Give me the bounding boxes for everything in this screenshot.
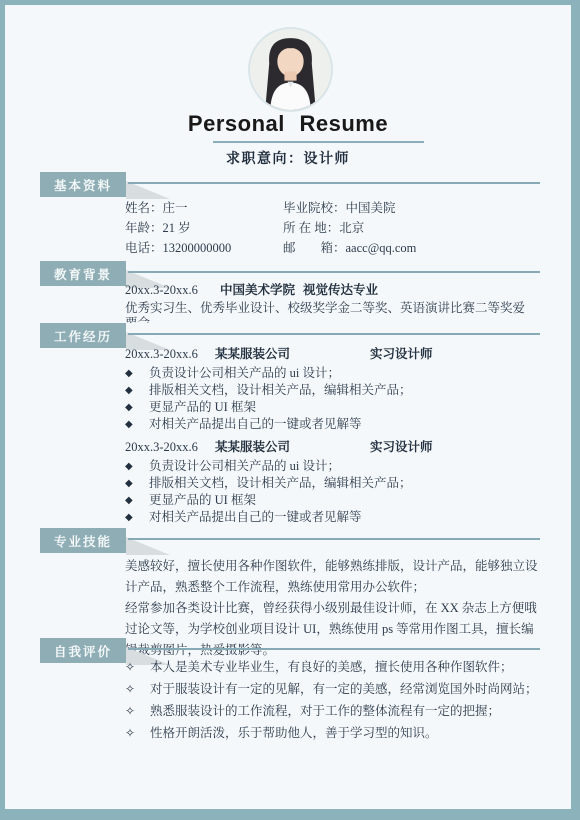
evaluation-bullet-text: 性格开朗活泼，乐于帮助他人，善于学习型的知识。: [150, 726, 438, 740]
evaluation-bullet-text: 本人是美术专业毕业生，有良好的美感，擅长使用各种作图软件；: [150, 660, 513, 674]
diamond-bullet-icon: ◆: [125, 365, 149, 382]
job-date: 20xx.3-20xx.6: [125, 347, 198, 361]
job-bullet-text: 更显产品的 UI 框架: [149, 400, 256, 414]
section-label-text: 基本资料: [54, 176, 112, 194]
section-divider: [128, 333, 540, 335]
section-divider: [128, 182, 540, 184]
education-date: 20xx.3-20xx.6: [125, 283, 198, 297]
section-label-education: 教育背景: [40, 261, 126, 286]
info-row-name: 姓名：庄一: [125, 198, 231, 218]
job-bullet: ◆负责设计公司相关产品的 ui 设计；: [125, 458, 545, 475]
job-entry-1: 20xx.3-20xx.6 某某服装公司 实习设计师 ◆负责设计公司相关产品的 …: [125, 346, 545, 433]
job-bullet: ◆更显产品的 UI 框架: [125, 492, 545, 509]
diamond-bullet-icon: ◆: [125, 416, 149, 433]
job-heading: 20xx.3-20xx.6 某某服装公司 实习设计师: [125, 346, 545, 362]
info-row-phone: 电话：13200000000: [125, 238, 231, 258]
info-row-age: 年龄：21 岁: [125, 218, 231, 238]
evaluation-bullet: ✧熟悉服装设计的工作流程，对于工作的整体流程有一定的把握；: [125, 704, 538, 719]
section-label-text: 工作经历: [54, 327, 112, 345]
diamond-bullet-icon: ◆: [125, 492, 149, 509]
star-bullet-icon: ✧: [125, 704, 150, 719]
evaluation-bullet: ✧本人是美术专业毕业生，有良好的美感，擅长使用各种作图软件；: [125, 660, 538, 675]
skills-paragraph: 美感较好，擅长使用各种作图软件，能够熟练排版，设计产品，能够独立设计产品，熟悉整…: [125, 556, 541, 598]
star-bullet-icon: ✧: [125, 726, 150, 741]
section-label-self-evaluation: 自我评价: [40, 638, 126, 663]
job-bullet: ◆对相关产品提出自己的一键或者见解等: [125, 416, 545, 433]
page-title: Personal Resume: [5, 111, 571, 137]
job-entry-2: 20xx.3-20xx.6 某某服装公司 实习设计师 ◆负责设计公司相关产品的 …: [125, 439, 545, 526]
job-bullet-text: 负责设计公司相关产品的 ui 设计；: [149, 459, 340, 473]
star-bullet-icon: ✧: [125, 682, 150, 697]
section-label-text: 专业技能: [54, 532, 112, 550]
evaluation-bullet: ✧对于服装设计有一定的见解，有一定的美感，经常浏览国外时尚网站；: [125, 682, 538, 697]
section-label-basic-info: 基本资料: [40, 172, 126, 197]
education-honors-clipped: 要会: [125, 316, 545, 323]
job-bullet-text: 对相关产品提出自己的一键或者见解等: [149, 417, 362, 431]
job-bullet-text: 负责设计公司相关产品的 ui 设计；: [149, 366, 340, 380]
job-company: 某某服装公司: [215, 439, 290, 455]
job-bullet: ◆负责设计公司相关产品的 ui 设计；: [125, 365, 545, 382]
section-label-work-experience: 工作经历: [40, 323, 126, 348]
section-label-skills: 专业技能: [40, 528, 126, 553]
job-bullet: ◆排版相关文档，设计相关产品，编辑相关产品；: [125, 475, 545, 492]
job-bullet-text: 排版相关文档，设计相关产品，编辑相关产品；: [149, 476, 412, 490]
basic-info-left-column: 姓名：庄一 年龄：21 岁 电话：13200000000: [125, 198, 231, 258]
section-divider: [128, 271, 540, 273]
job-bullet-text: 对相关产品提出自己的一键或者见解等: [149, 510, 362, 524]
evaluation-block: ✧本人是美术专业毕业生，有良好的美感，擅长使用各种作图软件； ✧对于服装设计有一…: [125, 660, 538, 748]
job-heading: 20xx.3-20xx.6 某某服装公司 实习设计师: [125, 439, 545, 455]
education-major: 视觉传达专业: [303, 282, 378, 298]
title-divider: [213, 141, 424, 143]
section-divider: [128, 538, 540, 540]
skills-paragraph: 经常参加各类设计比赛，曾经获得小级别最佳设计师，在 XX 杂志上方便哦过论文等，…: [125, 598, 541, 661]
section-label-text: 教育背景: [54, 265, 112, 283]
job-bullet: ◆排版相关文档，设计相关产品，编辑相关产品；: [125, 382, 545, 399]
profile-photo: [250, 29, 331, 110]
job-date: 20xx.3-20xx.6: [125, 440, 198, 454]
diamond-bullet-icon: ◆: [125, 458, 149, 475]
star-bullet-icon: ✧: [125, 660, 150, 675]
job-intention: 求职意向：设计师: [5, 148, 571, 168]
basic-info-right-column: 毕业院校：中国美院 所 在 地：北京 邮 箱：aacc@qq.com: [283, 198, 416, 258]
education-school: 中国美术学院: [220, 282, 295, 298]
evaluation-bullet-text: 对于服装设计有一定的见解，有一定的美感，经常浏览国外时尚网站；: [150, 682, 538, 696]
diamond-bullet-icon: ◆: [125, 382, 149, 399]
diamond-bullet-icon: ◆: [125, 475, 149, 492]
job-company: 某某服装公司: [215, 346, 290, 362]
job-bullet: ◆对相关产品提出自己的一键或者见解等: [125, 509, 545, 526]
info-row-school: 毕业院校：中国美院: [283, 198, 416, 218]
resume-page: Personal Resume 求职意向：设计师 基本资料 姓名：庄一 年龄：2…: [5, 5, 571, 809]
job-bullet: ◆更显产品的 UI 框架: [125, 399, 545, 416]
job-title: 实习设计师: [370, 346, 433, 362]
info-row-email: 邮 箱：aacc@qq.com: [283, 238, 416, 258]
diamond-bullet-icon: ◆: [125, 399, 149, 416]
job-title: 实习设计师: [370, 439, 433, 455]
job-bullet-text: 排版相关文档，设计相关产品，编辑相关产品；: [149, 383, 412, 397]
skills-block: 美感较好，擅长使用各种作图软件，能够熟练排版，设计产品，能够独立设计产品，熟悉整…: [125, 556, 541, 661]
section-label-text: 自我评价: [54, 642, 112, 660]
diamond-bullet-icon: ◆: [125, 509, 149, 526]
evaluation-bullet-text: 熟悉服装设计的工作流程，对于工作的整体流程有一定的把握；: [150, 704, 500, 718]
education-heading: 20xx.3-20xx.6 中国美术学院 视觉传达专业: [125, 282, 545, 298]
evaluation-bullet: ✧性格开朗活泼，乐于帮助他人，善于学习型的知识。: [125, 726, 538, 741]
education-honors: 优秀实习生、优秀毕业设计、校级奖学金二等奖、英语演讲比赛二等奖爱: [125, 301, 545, 316]
job-bullet-text: 更显产品的 UI 框架: [149, 493, 256, 507]
person-avatar-icon: [250, 29, 331, 110]
info-row-location: 所 在 地：北京: [283, 218, 416, 238]
section-divider: [128, 648, 540, 650]
education-block: 20xx.3-20xx.6 中国美术学院 视觉传达专业 优秀实习生、优秀毕业设计…: [125, 282, 545, 323]
